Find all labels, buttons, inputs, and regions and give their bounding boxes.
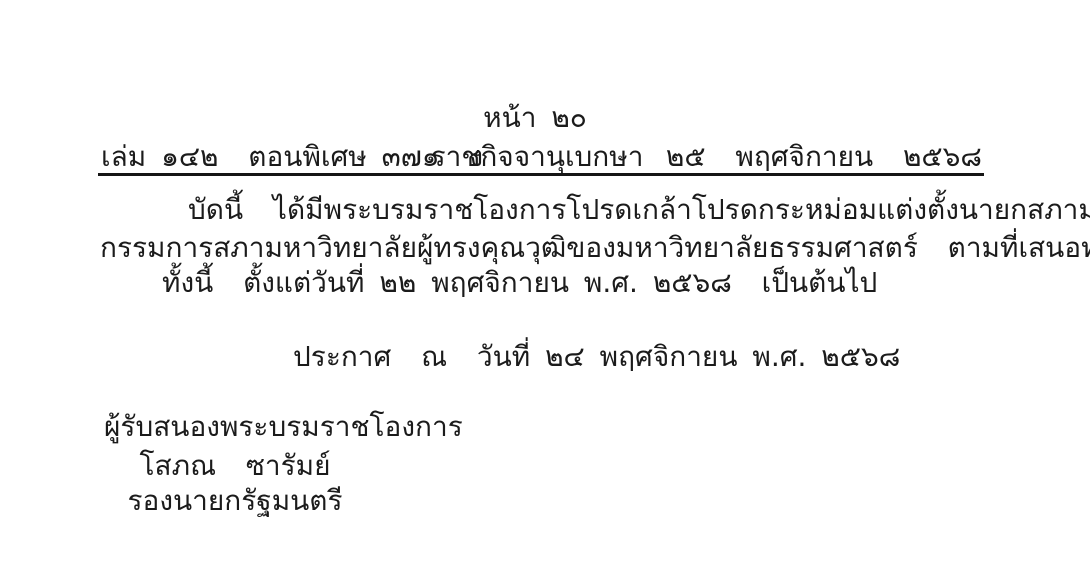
signer-title: รองนายกรัฐมนตรี bbox=[104, 483, 366, 519]
publication-date: ๒๕ พฤศจิกายน ๒๕๖๘ bbox=[666, 139, 982, 175]
body-paragraph2: ทั้งนี้ ตั้งแต่วันที่ ๒๒ พฤศจิกายน พ.ศ. … bbox=[162, 265, 877, 301]
signer-name: โสภณ ซารัมย์ bbox=[104, 448, 366, 484]
countersignature-block: ผู้รับสนองพระบรมราชโองการ โสภณ ซารัมย์ ร… bbox=[104, 409, 366, 519]
volume-issue-label: เล่ม ๑๔๒ ตอนพิเศษ ๓๗๑ ง bbox=[101, 139, 483, 175]
royal-gazette-page: หน้า ๒๐ เล่ม ๑๔๒ ตอนพิเศษ ๓๗๑ ง ราชกิจจา… bbox=[0, 0, 1090, 581]
proclamation-date-line: ประกาศ ณ วันที่ ๒๔ พฤศจิกายน พ.ศ. ๒๕๖๘ bbox=[293, 339, 900, 375]
gazette-title: ราชกิจจานุเบกษา bbox=[431, 139, 644, 175]
body-paragraph1-line1: บัดนี้ ได้มีพระบรมราชโองการโปรดเกล้าโปรด… bbox=[188, 192, 1090, 228]
countersignature-label: ผู้รับสนองพระบรมราชโองการ bbox=[104, 409, 366, 445]
body-paragraph1-line2: กรรมการสภามหาวิทยาลัยผู้ทรงคุณวุฒิของมหา… bbox=[100, 230, 1090, 266]
gazette-masthead: เล่ม ๑๔๒ ตอนพิเศษ ๓๗๑ ง ราชกิจจานุเบกษา … bbox=[0, 139, 1090, 175]
masthead-divider-rule bbox=[98, 173, 984, 176]
page-number: หน้า ๒๐ bbox=[483, 100, 587, 136]
